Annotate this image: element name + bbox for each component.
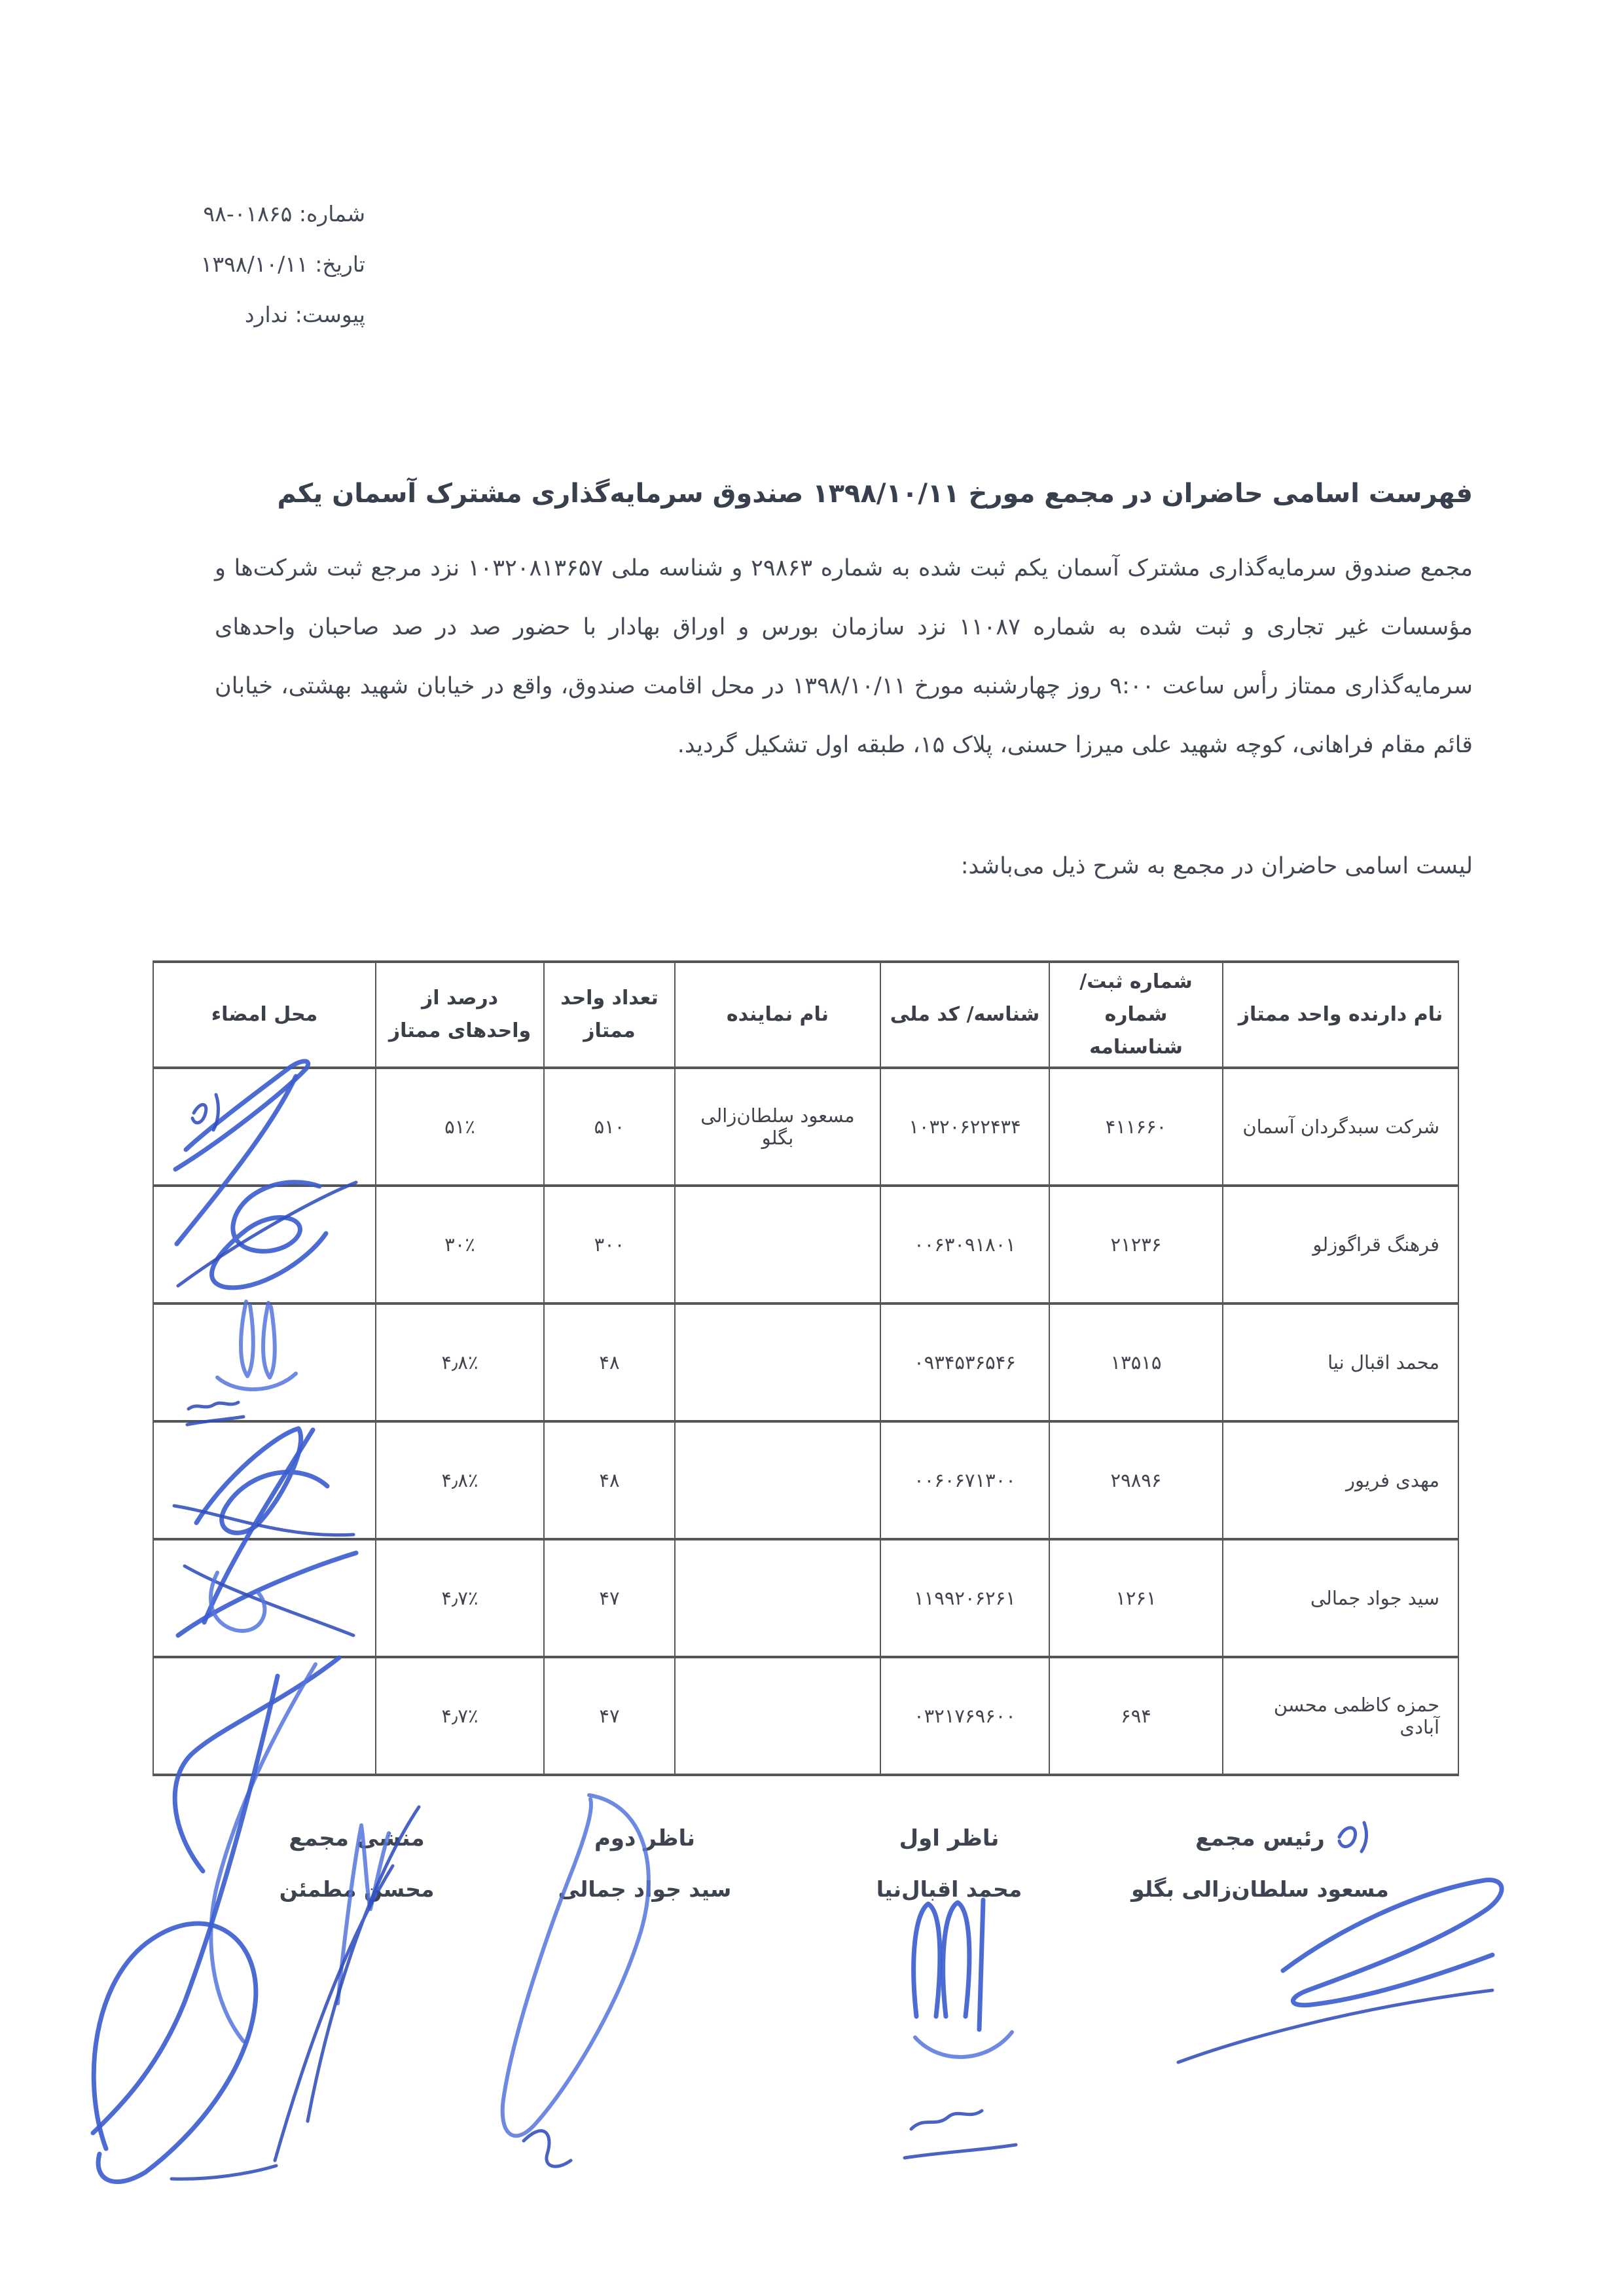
table-row: شرکت سبدگردان آسمان ۴۱۱۶۶۰ ۱۰۳۲۰۶۲۲۴۳۴ م…	[153, 1068, 1458, 1186]
document-reference-block: شماره: ۰۱۸۶۵-۹۸ تاریخ: ۱۳۹۸/۱۰/۱۱ پیوست:…	[201, 189, 365, 340]
scanned-document-page: شماره: ۰۱۸۶۵-۹۸ تاریخ: ۱۳۹۸/۱۰/۱۱ پیوست:…	[0, 0, 1624, 2296]
header-signature-place: محل امضاء	[153, 962, 376, 1068]
signatory-role: ناظر دوم	[501, 1825, 789, 1851]
percent-value: ۴٫۷٪	[376, 1657, 544, 1775]
representative-name	[675, 1539, 880, 1657]
unit-count: ۴۸	[544, 1421, 675, 1539]
unit-count: ۴۷	[544, 1657, 675, 1775]
signatory-chairman: رئیس مجمع مسعود سلطان‌زالی بگلو	[1116, 1825, 1404, 1903]
page-title: فهرست اسامی حاضران در مجمع مورخ ۱۳۹۸/۱۰/…	[209, 479, 1473, 509]
table-row: محمد اقبال نیا ۱۳۵۱۵ ۰۹۳۴۵۳۶۵۴۶ ۴۸ ۴٫۸٪	[153, 1303, 1458, 1421]
header-holder-name: نام دارنده واحد ممتاز	[1223, 962, 1458, 1068]
holder-name: شرکت سبدگردان آسمان	[1223, 1068, 1458, 1186]
registration-number: ۶۹۴	[1049, 1657, 1223, 1775]
unit-count: ۴۸	[544, 1303, 675, 1421]
percent-value: ۳۰٪	[376, 1186, 544, 1303]
signatory-secretary: منشی مجمع محسن مطمئن	[213, 1825, 501, 1903]
national-id: ۱۱۹۹۲۰۶۲۶۱	[880, 1539, 1049, 1657]
percent-value: ۴٫۸٪	[376, 1303, 544, 1421]
signatory-role: منشی مجمع	[213, 1825, 501, 1851]
unit-count: ۴۷	[544, 1539, 675, 1657]
signature-cell	[153, 1068, 376, 1186]
holder-name: فرهنگ قراگوزلو	[1223, 1186, 1458, 1303]
percent-value: ۴٫۸٪	[376, 1421, 544, 1539]
unit-count: ۵۱۰	[544, 1068, 675, 1186]
table-row: حمزه کاظمی محسن آبادی ۶۹۴ ۰۳۲۱۷۶۹۶۰۰ ۴۷ …	[153, 1657, 1458, 1775]
registration-number: ۲۹۸۹۶	[1049, 1421, 1223, 1539]
national-id: ۰۰۶۰۶۷۱۳۰۰	[880, 1421, 1049, 1539]
doc-attachment: پیوست: ندارد	[201, 289, 365, 340]
signatory-name: محسن مطمئن	[213, 1876, 501, 1903]
signatory-role: رئیس مجمع	[1116, 1825, 1404, 1851]
signatory-second-observer: ناظر دوم سید جواد جمالی	[501, 1825, 789, 1903]
signature-cell	[153, 1421, 376, 1539]
table-row: سید جواد جمالی ۱۲۶۱ ۱۱۹۹۲۰۶۲۶۱ ۴۷ ۴٫۷٪	[153, 1539, 1458, 1657]
signature-cell	[153, 1303, 376, 1421]
representative-name	[675, 1303, 880, 1421]
signatory-name: سید جواد جمالی	[501, 1876, 789, 1903]
doc-date: تاریخ: ۱۳۹۸/۱۰/۱۱	[201, 239, 365, 289]
list-intro-line: لیست اسامی حاضران در مجمع به شرح ذیل می‌…	[961, 853, 1473, 879]
registration-number: ۲۱۲۳۶	[1049, 1186, 1223, 1303]
header-percent: درصد از واحدهای ممتاز	[376, 962, 544, 1068]
signature-cell	[153, 1657, 376, 1775]
registration-number: ۱۳۵۱۵	[1049, 1303, 1223, 1421]
holder-name: مهدی فریور	[1223, 1421, 1458, 1539]
signature-cell	[153, 1539, 376, 1657]
percent-value: ۵۱٪	[376, 1068, 544, 1186]
national-id: ۰۹۳۴۵۳۶۵۴۶	[880, 1303, 1049, 1421]
national-id: ۱۰۳۲۰۶۲۲۴۳۴	[880, 1068, 1049, 1186]
table-header-row: نام دارنده واحد ممتاز شماره ثبت/ شماره ش…	[153, 962, 1458, 1068]
national-id: ۰۰۶۳۰۹۱۸۰۱	[880, 1186, 1049, 1303]
body-paragraph: مجمع صندوق سرمایه‌گذاری مشترک آسمان یکم …	[215, 539, 1473, 774]
signature-first-observer	[905, 1900, 1016, 2158]
representative-name	[675, 1186, 880, 1303]
representative-name	[675, 1421, 880, 1539]
header-registration-number: شماره ثبت/ شماره شناسنامه	[1049, 962, 1223, 1068]
table-row: فرهنگ قراگوزلو ۲۱۲۳۶ ۰۰۶۳۰۹۱۸۰۱ ۳۰۰ ۳۰٪	[153, 1186, 1458, 1303]
signatory-name: محمد اقبال‌نیا	[805, 1876, 1093, 1903]
representative-name: مسعود سلطان‌زالی بگلو	[675, 1068, 880, 1186]
header-national-id: شناسه/ کد ملی	[880, 962, 1049, 1068]
registration-number: ۴۱۱۶۶۰	[1049, 1068, 1223, 1186]
header-representative: نام نماینده	[675, 962, 880, 1068]
holder-name: سید جواد جمالی	[1223, 1539, 1458, 1657]
percent-value: ۴٫۷٪	[376, 1539, 544, 1657]
holder-name: حمزه کاظمی محسن آبادی	[1223, 1657, 1458, 1775]
representative-name	[675, 1657, 880, 1775]
signatory-first-observer: ناظر اول محمد اقبال‌نیا	[805, 1825, 1093, 1903]
national-id: ۰۳۲۱۷۶۹۶۰۰	[880, 1657, 1049, 1775]
signatory-name: مسعود سلطان‌زالی بگلو	[1116, 1876, 1404, 1903]
table-row: مهدی فریور ۲۹۸۹۶ ۰۰۶۰۶۷۱۳۰۰ ۴۸ ۴٫۸٪	[153, 1421, 1458, 1539]
unit-count: ۳۰۰	[544, 1186, 675, 1303]
signature-cell	[153, 1186, 376, 1303]
signatory-role: ناظر اول	[805, 1825, 1093, 1851]
holder-name: محمد اقبال نیا	[1223, 1303, 1458, 1421]
attendance-table: نام دارنده واحد ممتاز شماره ثبت/ شماره ش…	[153, 960, 1459, 1776]
doc-number: شماره: ۰۱۸۶۵-۹۸	[201, 189, 365, 239]
header-unit-count: تعداد واحد ممتاز	[544, 962, 675, 1068]
registration-number: ۱۲۶۱	[1049, 1539, 1223, 1657]
